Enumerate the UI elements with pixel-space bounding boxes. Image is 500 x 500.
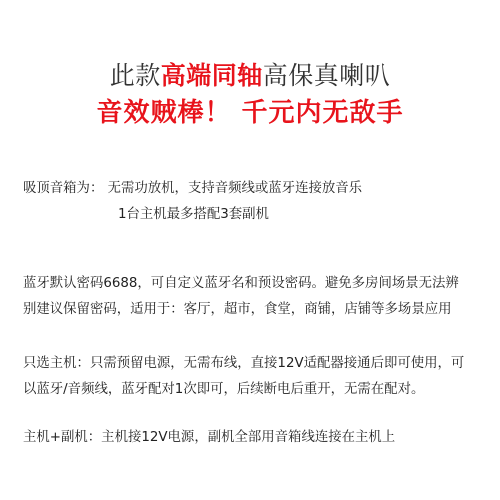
bluetooth-text-1: 蓝牙默认密码6688，可自定义蓝牙名和预设密码。避免多房间场景无法辨 bbox=[23, 272, 459, 291]
headline-line-2: 音效贼棒！ 千元内无敌手 bbox=[0, 92, 500, 129]
main-plus-sub-text: 主机+副机：主机接12V电源，副机全部用音箱线连接在主机上 bbox=[23, 426, 395, 445]
ceiling-speaker-text-2: 1台主机最多搭配3套副机 bbox=[118, 203, 269, 222]
headline-prefix: 此款 bbox=[110, 61, 161, 90]
headline-line-1: 此款高端同轴高保真喇叭 bbox=[0, 56, 500, 92]
headline-suffix: 高保真喇叭 bbox=[263, 61, 391, 90]
headline-highlight: 高端同轴 bbox=[161, 61, 263, 90]
ceiling-speaker-text-1: 吸顶音箱为： 无需功放机，支持音频线或蓝牙连接放音乐 bbox=[23, 177, 362, 196]
main-only-text-2: 以蓝牙/音频线，蓝牙配对1次即可，后续断电后重开，无需在配对。 bbox=[23, 378, 424, 397]
bluetooth-text-2: 别建议保留密码，适用于：客厅，超市，食堂，商铺，店铺等多场景应用 bbox=[23, 298, 452, 317]
main-only-text-1: 只选主机：只需预留电源，无需布线，直接12V适配器接通后即可使用，可 bbox=[23, 352, 464, 371]
